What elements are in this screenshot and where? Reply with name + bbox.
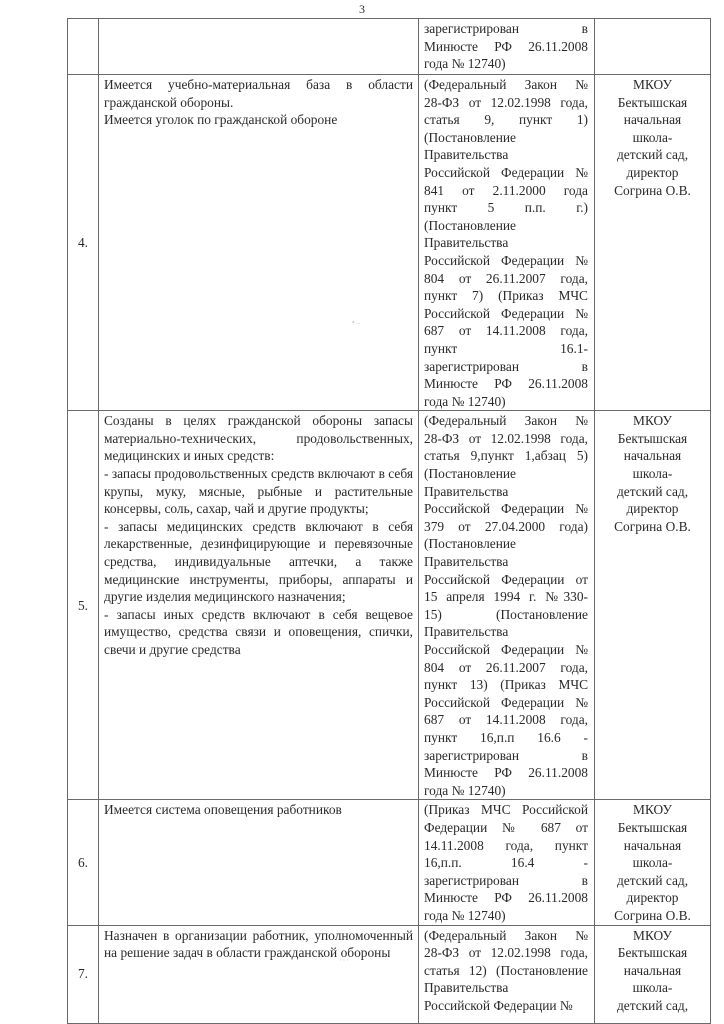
legal-basis-line: 14.11.2008 года, пункт xyxy=(424,837,588,855)
legal-basis-line: статья 9,пункт 1,абзац 5) xyxy=(424,447,588,465)
legal-basis-line: Минюсте РФ 26.11.2008 xyxy=(424,38,588,56)
measure-description: Созданы в целях гражданской обороны запа… xyxy=(99,411,419,800)
scan-artifact: •– xyxy=(352,318,361,327)
responsible-line: детский сад, xyxy=(600,146,705,164)
responsible-line: начальная xyxy=(600,962,705,980)
description-paragraph: Созданы в целях гражданской обороны запа… xyxy=(104,412,413,465)
legal-basis-line: зарегистрирован в xyxy=(424,872,588,890)
legal-basis-line: Правительства xyxy=(424,146,588,164)
legal-basis-line: года № 12740) xyxy=(424,782,588,800)
responsible-party: МКОУБектышскаяначальнаяшкола-детский сад… xyxy=(595,411,711,800)
table-row: 4.Имеется учебно-материальная база в обл… xyxy=(68,75,711,411)
responsible-line: школа- xyxy=(600,979,705,997)
responsible-line: МКОУ xyxy=(600,801,705,819)
legal-basis-line: 804 от 26.11.2007 года, xyxy=(424,270,588,288)
responsible-line: директор xyxy=(600,889,705,907)
table-row: 5.Созданы в целях гражданской обороны за… xyxy=(68,411,711,800)
responsible-party xyxy=(595,19,711,75)
row-number: 6. xyxy=(68,800,99,925)
legal-basis-line: Российской Федерации № xyxy=(424,164,588,182)
measure-description: Имеется учебно-материальная база в облас… xyxy=(99,75,419,411)
measure-description: Имеется система оповещения работников xyxy=(99,800,419,925)
legal-basis-line: Российской Федерации № xyxy=(424,252,588,270)
legal-basis-line: 15 апреля 1994 г. №330- xyxy=(424,588,588,606)
legal-basis-line: (Федеральный Закон № xyxy=(424,412,588,430)
legal-basis-line: 15) (Постановление xyxy=(424,606,588,624)
responsible-line: Бектышская xyxy=(600,819,705,837)
description-paragraph: - запасы продовольственных средств включ… xyxy=(104,465,413,518)
legal-basis-line: Российской Федерации от xyxy=(424,571,588,589)
legal-basis-line: 687 от 14.11.2008 года, xyxy=(424,322,588,340)
responsible-line: детский сад, xyxy=(600,872,705,890)
responsible-line: Бектышская xyxy=(600,430,705,448)
table-row: 6.Имеется система оповещения работников(… xyxy=(68,800,711,925)
responsible-party: МКОУБектышскаяначальнаяшкола-детский сад… xyxy=(595,800,711,925)
legal-basis-line: пункт 7) (Приказ МЧС xyxy=(424,287,588,305)
responsible-line: начальная xyxy=(600,111,705,129)
legal-basis-line: Федерации № 687 от xyxy=(424,819,588,837)
legal-basis-line: (Постановление xyxy=(424,535,588,553)
legal-basis-line: 28-ФЗ от 12.02.1998 года, xyxy=(424,944,588,962)
description-paragraph: - запасы медицинских средств включают в … xyxy=(104,518,413,606)
legal-basis-line: пункт 13) (Приказ МЧС xyxy=(424,676,588,694)
legal-basis-line: года № 12740) xyxy=(424,393,588,411)
legal-basis: зарегистрирован вМинюсте РФ 26.11.2008го… xyxy=(419,19,595,75)
legal-basis-line: 687 от 14.11.2008 года, xyxy=(424,711,588,729)
legal-basis-line: Российской Федерации № xyxy=(424,305,588,323)
responsible-line: начальная xyxy=(600,837,705,855)
description-paragraph: Имеется учебно-материальная база в облас… xyxy=(104,76,413,111)
legal-basis-line: Правительства xyxy=(424,553,588,571)
legal-basis-line: 16,п.п. 16.4 - xyxy=(424,854,588,872)
legal-basis-line: 28-ФЗ от 12.02.1998 года, xyxy=(424,430,588,448)
legal-basis-line: статья 9, пункт 1) xyxy=(424,111,588,129)
legal-basis-line: (Федеральный Закон № xyxy=(424,76,588,94)
description-paragraph: Имеется система оповещения работников xyxy=(104,801,413,819)
responsible-line: детский сад, xyxy=(600,997,705,1015)
legal-basis-line: 379 от 27.04.2000 года) xyxy=(424,518,588,536)
responsible-line: детский сад, xyxy=(600,483,705,501)
legal-basis-line: (Федеральный Закон № xyxy=(424,927,588,945)
legal-basis: (Федеральный Закон №28-ФЗ от 12.02.1998 … xyxy=(419,75,595,411)
legal-basis-line: 28-ФЗ от 12.02.1998 года, xyxy=(424,94,588,112)
legal-basis-line: зарегистрирован в xyxy=(424,20,588,38)
legal-basis: (Федеральный Закон №28-ФЗ от 12.02.1998 … xyxy=(419,411,595,800)
legal-basis: (Федеральный Закон №28-ФЗ от 12.02.1998 … xyxy=(419,925,595,1023)
responsible-line: директор xyxy=(600,500,705,518)
responsible-party: МКОУБектышскаяначальнаяшкола-детский сад… xyxy=(595,925,711,1023)
measure-description xyxy=(99,19,419,75)
row-number: 7. xyxy=(68,925,99,1023)
legal-basis-line: статья 12) (Постановление xyxy=(424,962,588,980)
legal-basis-line: (Постановление xyxy=(424,217,588,235)
responsible-line: МКОУ xyxy=(600,76,705,94)
civil-defense-requirements-table: зарегистрирован вМинюсте РФ 26.11.2008го… xyxy=(67,18,711,1024)
legal-basis-line: Российской Федерации № xyxy=(424,641,588,659)
responsible-line: МКОУ xyxy=(600,927,705,945)
legal-basis-line: Российской Федерации № xyxy=(424,694,588,712)
table-row: 7.Назначен в организации работник, уполн… xyxy=(68,925,711,1023)
responsible-line: Бектышская xyxy=(600,944,705,962)
legal-basis-line: (Постановление xyxy=(424,465,588,483)
legal-basis-line: Минюсте РФ 26.11.2008 xyxy=(424,889,588,907)
row-number: 5. xyxy=(68,411,99,800)
legal-basis-line: пункт 16.1- xyxy=(424,340,588,358)
responsible-line: начальная xyxy=(600,447,705,465)
legal-basis-line: Правительства xyxy=(424,979,588,997)
legal-basis-line: пункт 5 п.п. г.) xyxy=(424,199,588,217)
legal-basis-line: (Приказ МЧС Российской xyxy=(424,801,588,819)
responsible-line: директор xyxy=(600,164,705,182)
row-number xyxy=(68,19,99,75)
responsible-line: Бектышская xyxy=(600,94,705,112)
description-paragraph: Назначен в организации работник, уполном… xyxy=(104,927,413,962)
responsible-line: Согрина О.В. xyxy=(600,518,705,536)
legal-basis-line: Минюсте РФ 26.11.2008 xyxy=(424,764,588,782)
legal-basis-line: Российской Федерации № xyxy=(424,997,588,1015)
page-number: 3 xyxy=(0,2,724,17)
responsible-line: Согрина О.В. xyxy=(600,907,705,925)
responsible-line: школа- xyxy=(600,854,705,872)
legal-basis-line: пункт 16,п.п 16.6 - xyxy=(424,729,588,747)
responsible-line: школа- xyxy=(600,465,705,483)
legal-basis-line: 841 от 2.11.2000 года xyxy=(424,182,588,200)
description-paragraph: - запасы иных средств включают в себя ве… xyxy=(104,606,413,659)
legal-basis-line: зарегистрирован в xyxy=(424,747,588,765)
responsible-line: МКОУ xyxy=(600,412,705,430)
responsible-line: Согрина О.В. xyxy=(600,182,705,200)
scan-artifact: ··· xyxy=(339,956,350,965)
legal-basis-line: Правительства xyxy=(424,623,588,641)
legal-basis-line: Правительства xyxy=(424,234,588,252)
legal-basis-line: года № 12740) xyxy=(424,907,588,925)
row-number: 4. xyxy=(68,75,99,411)
description-paragraph: Имеется уголок по гражданской обороне xyxy=(104,111,413,129)
legal-basis-line: Минюсте РФ 26.11.2008 xyxy=(424,375,588,393)
responsible-line: школа- xyxy=(600,129,705,147)
legal-basis-line: 804 от 26.11.2007 года, xyxy=(424,659,588,677)
responsible-party: МКОУБектышскаяначальнаяшкола-детский сад… xyxy=(595,75,711,411)
legal-basis-line: зарегистрирован в xyxy=(424,358,588,376)
legal-basis-line: года № 12740) xyxy=(424,55,588,73)
measure-description: Назначен в организации работник, уполном… xyxy=(99,925,419,1023)
legal-basis-line: Российской Федерации № xyxy=(424,500,588,518)
legal-basis: (Приказ МЧС РоссийскойФедерации № 687 от… xyxy=(419,800,595,925)
legal-basis-line: (Постановление xyxy=(424,129,588,147)
table-row: зарегистрирован вМинюсте РФ 26.11.2008го… xyxy=(68,19,711,75)
legal-basis-line: Правительства xyxy=(424,483,588,501)
